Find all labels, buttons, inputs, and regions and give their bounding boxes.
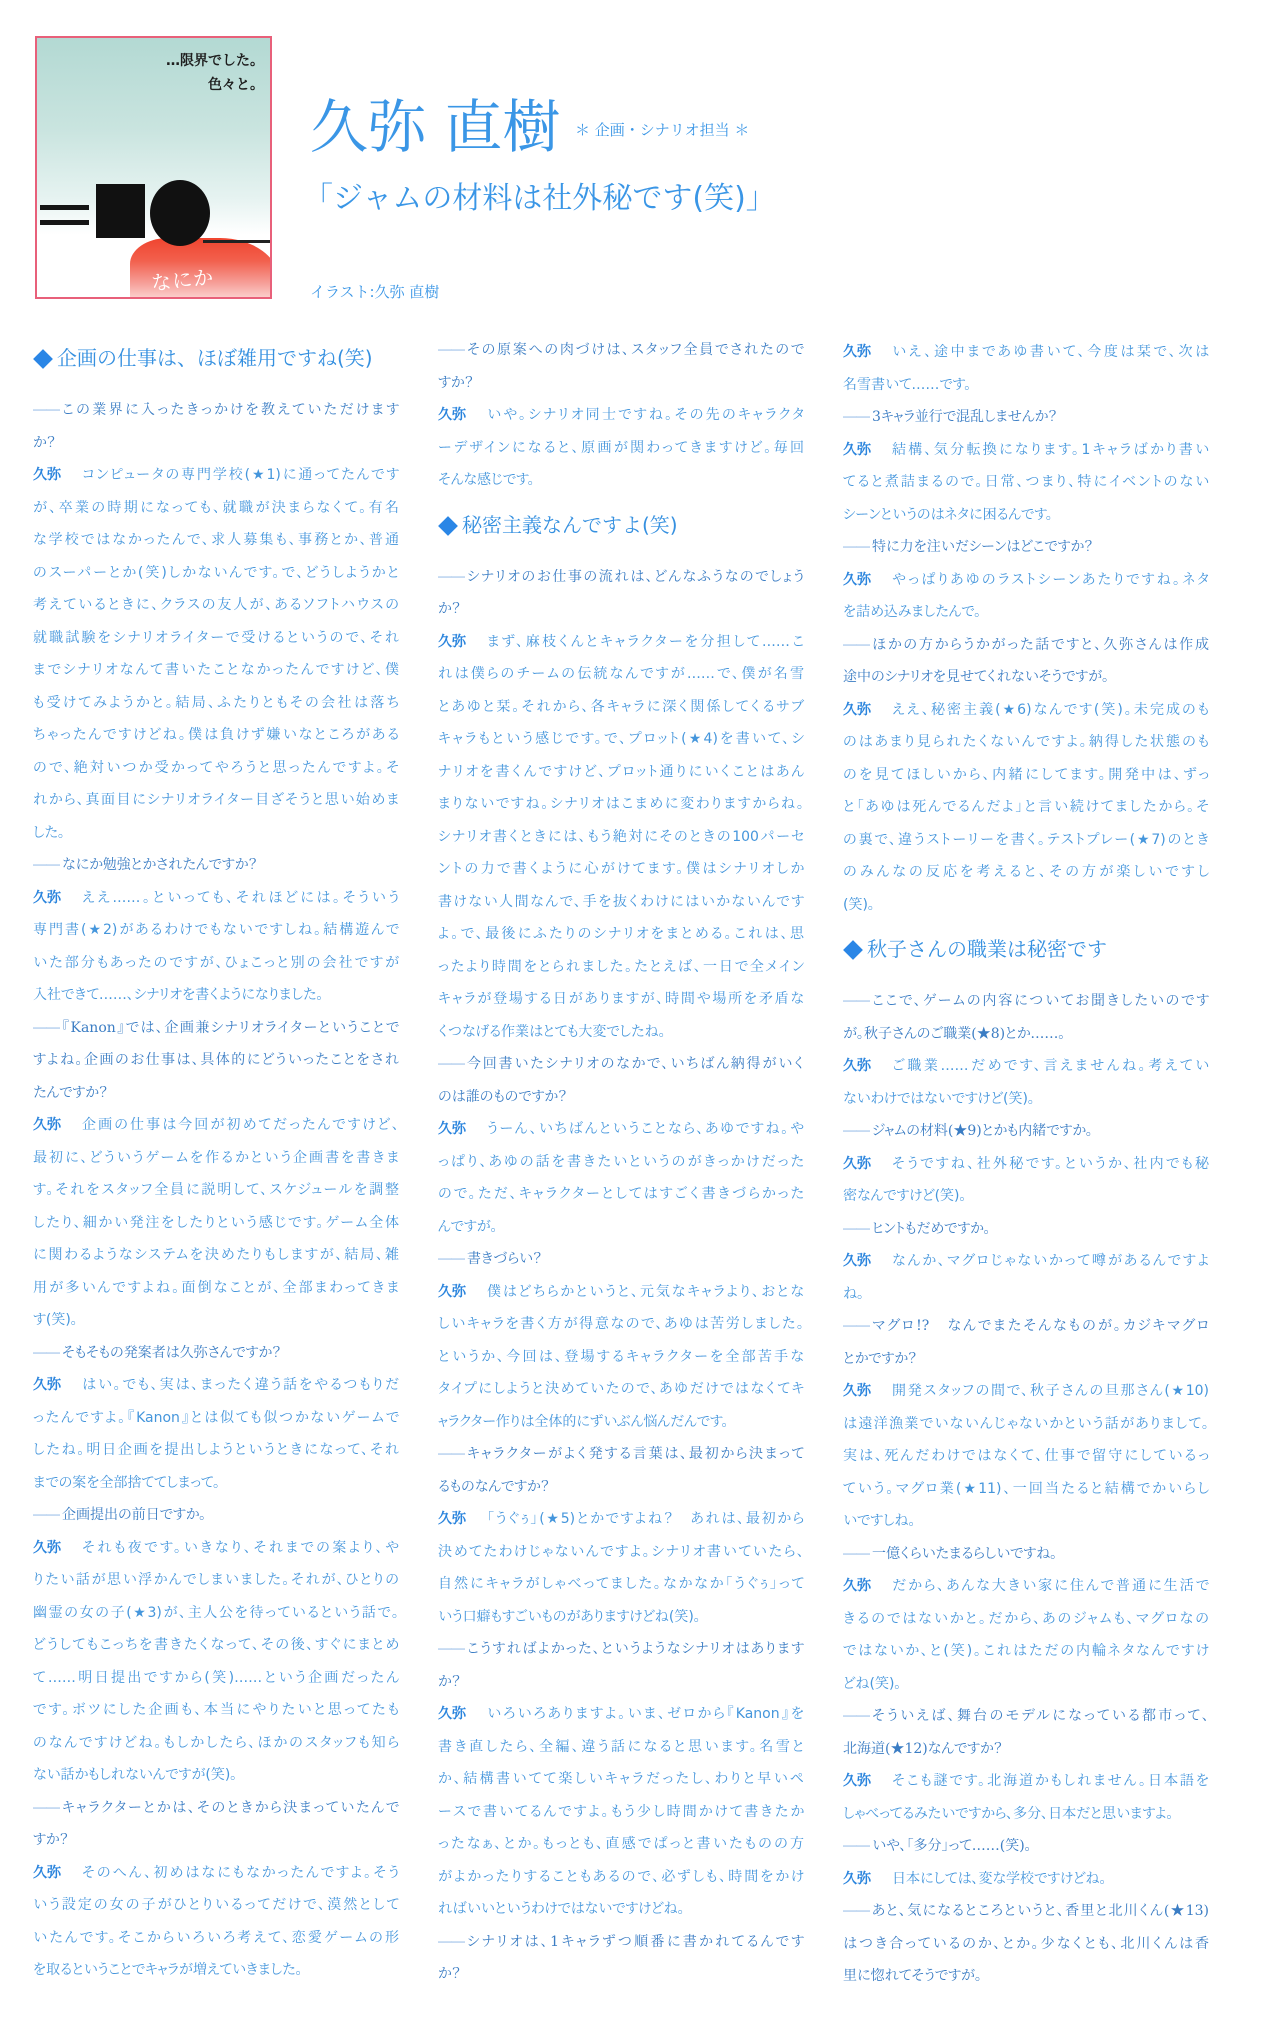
text-line: ればいいというわけではないですけどね。 bbox=[438, 1893, 804, 1926]
line-text: やっぱりあゆのラストシーンあたりですね。ネタ bbox=[892, 564, 1209, 597]
interviewer-question: ――ここで、ゲームの内容についてお聞きしたいのですが。秋子さんのご職業(★8)と… bbox=[843, 985, 1209, 1050]
text-line: 最初に、どういうゲームを作るかという企画書を書きま bbox=[33, 1142, 399, 1175]
illustration-caption-line-2: 色々と。 bbox=[208, 76, 264, 94]
line-text: て……明日提出ですから(笑)……という企画だったん bbox=[33, 1662, 399, 1695]
text-line: ない話かもしれないんですが(笑)。 bbox=[33, 1759, 399, 1792]
speaker-name: 久弥 bbox=[843, 1863, 871, 1896]
question-dash: ―― bbox=[33, 394, 62, 427]
text-line: 久弥いろいろありますよ。いま、ゼロから『Kanon』を bbox=[438, 1698, 804, 1731]
line-text: ントの力で書くように心がけてます。僕はシナリオしか bbox=[438, 853, 804, 886]
line-text: 考えているときに、クラスの友人が、あるソフトハウスの bbox=[33, 589, 399, 622]
text-line: 考えているときに、クラスの友人が、あるソフトハウスの bbox=[33, 589, 399, 622]
line-text: んですが。 bbox=[438, 1211, 804, 1244]
line-text: が。秋子さんのご職業(★8)とか……。 bbox=[843, 1018, 1209, 1051]
interviewee-answer: 久弥そうですね、社外秘です。というか、社内でも秘密なんですけど(笑)。 bbox=[843, 1148, 1209, 1213]
line-text: 結構、気分転換になります。1キャラばかり書い bbox=[892, 434, 1209, 467]
text-line: ――こうすればよかった、というようなシナリオはあります bbox=[438, 1633, 804, 1666]
text-line: 久弥「うぐぅ」(★5)とかですよね？ あれは、最初から bbox=[438, 1503, 804, 1536]
line-text: ね。 bbox=[843, 1278, 1209, 1311]
text-line: か、結構書いてて楽しいキャラだったし、わりと早いペ bbox=[438, 1763, 804, 1796]
illustration-caption-line-1: …限界でした。 bbox=[166, 52, 264, 70]
section-heading-text: 企画の仕事は、ほぼ雑用ですね(笑) bbox=[57, 346, 373, 370]
line-text: したり、細かい発注をしたりという感じです。ゲーム全体 bbox=[33, 1207, 399, 1240]
interviewer-question: ――こうすればよかった、というようなシナリオはありますか？ bbox=[438, 1633, 804, 1698]
line-text: どうしてもこっちを書きたくなって、その後、すぐにまとめ bbox=[33, 1629, 399, 1662]
text-line: が。秋子さんのご職業(★8)とか……。 bbox=[843, 1018, 1209, 1051]
line-text: いう設定の女の子がひとりいるってだけで、漠然として bbox=[33, 1889, 399, 1922]
interviewer-question: ――この業界に入ったきっかけを教えていただけますか？ bbox=[33, 394, 399, 459]
interviewer-question: ――企画提出の前日ですか。 bbox=[33, 1499, 399, 1532]
interviewee-answer: 久弥ええ……。といっても、それほどには。そういう専門書(★2)があるわけでもない… bbox=[33, 882, 399, 1012]
text-line: 久弥なんか、マグロじゃないかって噂があるんですよ bbox=[843, 1245, 1209, 1278]
text-line: が、卒業の時期になっても、就職が決まらなくて。有名 bbox=[33, 492, 399, 525]
text-line: んですが。 bbox=[438, 1211, 804, 1244]
interviewee-answer: 久弥コンピュータの専門学校(★1)に通ってたんですが、卒業の時期になっても、就職… bbox=[33, 459, 399, 849]
text-line: タイプにしようと決めていたので、あゆだけではなくてキ bbox=[438, 1373, 804, 1406]
text-line: した。 bbox=[33, 817, 399, 850]
question-dash: ―― bbox=[843, 1310, 872, 1343]
section-heading: 秋子さんの職業は秘密です bbox=[843, 921, 1209, 985]
line-text: 特に力を注いだシーンはどこですか？ bbox=[872, 531, 1209, 564]
line-text: そこも謎です。北海道かもしれません。日本語を bbox=[892, 1765, 1209, 1798]
line-text: ーデザインになると、原画が関わってきますけど。毎回 bbox=[438, 432, 804, 465]
text-line: す(笑)。 bbox=[33, 1304, 399, 1337]
text-line: ――ここで、ゲームの内容についてお聞きしたいのです bbox=[843, 985, 1209, 1018]
text-line: のなんですけどね。もしかしたら、ほかのスタッフも知ら bbox=[33, 1727, 399, 1760]
text-line: キャラが登場する日がありますが、時間や場所を矛盾な bbox=[438, 983, 804, 1016]
interviewee-answer: 久弥はい。でも、実は、まったく違う話をやるつもりだったんですよ。『Kanon』と… bbox=[33, 1369, 399, 1499]
line-text: ないわけではないですけど(笑)。 bbox=[843, 1083, 1209, 1116]
line-text: だから、あんな大きい家に住んで普通に生活で bbox=[892, 1570, 1209, 1603]
text-line: まりないですね。シナリオはこまめに変わりますからね。 bbox=[438, 788, 804, 821]
line-text: 3キャラ並行で混乱しませんか？ bbox=[872, 401, 1209, 434]
interviewee-answer: 久弥やっぱりあゆのラストシーンあたりですね。ネタを詰め込みましたんで。 bbox=[843, 564, 1209, 629]
text-line: というか、今回は、登場するキャラクターを全部苦手な bbox=[438, 1341, 804, 1374]
equals-bar-bottom-shape bbox=[40, 220, 89, 225]
section-heading-text: 秘密主義なんですよ(笑) bbox=[462, 513, 678, 537]
text-line: は遠洋漁業でいないんじゃないかという話がありまして。 bbox=[843, 1408, 1209, 1441]
line-text: す(笑)。 bbox=[33, 1304, 399, 1337]
text-line: よ。で、最後にふたりのシナリオをまとめる。これは、思 bbox=[438, 918, 804, 951]
text-line: 久弥それも夜です。いきなり、それまでの案より、や bbox=[33, 1532, 399, 1565]
text-line: に関わるようなシステムを決めたりもしますが、結局、雑 bbox=[33, 1239, 399, 1272]
line-text: ヒントもだめですか。 bbox=[872, 1213, 1209, 1246]
text-line: までの案を全部捨ててしまって。 bbox=[33, 1467, 399, 1500]
text-line: な学校ではなかったんで、求人募集も、事務とか、普通 bbox=[33, 524, 399, 557]
line-text: 僕はどちらかというと、元気なキャラより、おとな bbox=[487, 1276, 804, 1309]
line-text: そんな感じです。 bbox=[438, 464, 804, 497]
line-text: ースで書いてるんですよ。もう少し時間かけて書きたか bbox=[438, 1796, 804, 1829]
interviewer-question: ――シナリオのお仕事の流れは、どんなふうなのでしょうか？ bbox=[438, 561, 804, 626]
text-line: 自然にキャラがしゃべってました。なかなか「うぐぅ」って bbox=[438, 1568, 804, 1601]
line-text: ので、絶対いつか受かってやろうと思ったんですよ。そ bbox=[33, 752, 399, 785]
interviewer-question: ――ヒントもだめですか。 bbox=[843, 1213, 1209, 1246]
text-line: てると煮詰まるので。日常、つまり、特にイベントのない bbox=[843, 466, 1209, 499]
text-line: ャラクター作りは全体的にずいぶん悩んだんです。 bbox=[438, 1406, 804, 1439]
line-text: 名雪書いて……です。 bbox=[843, 369, 1209, 402]
line-text: のみんなの反応を考えると、その方が楽しいですし bbox=[843, 856, 1209, 889]
text-line: 途中のシナリオを見せてくれないそうですが。 bbox=[843, 661, 1209, 694]
text-line: いですしね。 bbox=[843, 1505, 1209, 1538]
text-line: れは僕らのチームの伝統なんですが……で、僕が名雪 bbox=[438, 658, 804, 691]
text-line: 久弥だから、あんな大きい家に住んで普通に生活で bbox=[843, 1570, 1209, 1603]
text-line: か？ bbox=[438, 1666, 804, 1699]
text-line: ――シナリオのお仕事の流れは、どんなふうなのでしょう bbox=[438, 561, 804, 594]
speaker-name: 久弥 bbox=[843, 1245, 871, 1278]
interviewee-answer: 久弥僕はどちらかというと、元気なキャラより、おとなしいキャラを書く方が得意なので… bbox=[438, 1276, 804, 1439]
line-text: 密なんですけど(笑)。 bbox=[843, 1180, 1209, 1213]
line-text: キャラクターがよく発する言葉は、最初から決まって bbox=[467, 1438, 804, 1471]
speaker-name: 久弥 bbox=[843, 1375, 871, 1408]
line-text: こうすればよかった、というようなシナリオはあります bbox=[467, 1633, 804, 1666]
text-line: 久弥日本にしては、変な学校ですけどね。 bbox=[843, 1863, 1209, 1896]
text-line: 久弥そのへん、初めはなにもなかったんですよ。そう bbox=[33, 1857, 399, 1890]
line-text: のはあまり見られたくないんですよ。納得した状態のも bbox=[843, 726, 1209, 759]
speaker-name: 久弥 bbox=[438, 626, 466, 659]
text-line: 久弥まず、麻枝くんとキャラクターを分担して……こ bbox=[438, 626, 804, 659]
text-line: ちゃったんですけどね。僕は負けず嫌いなところがある bbox=[33, 719, 399, 752]
text-line: したり、細かい発注をしたりという感じです。ゲーム全体 bbox=[33, 1207, 399, 1240]
interviewee-answer: 久弥ご職業……だめです、言えませんね。考えていないわけではないですけど(笑)。 bbox=[843, 1050, 1209, 1115]
text-line: 久弥結構、気分転換になります。1キャラばかり書い bbox=[843, 434, 1209, 467]
question-dash: ―― bbox=[843, 531, 872, 564]
interviewee-answer: 久弥だから、あんな大きい家に住んで普通に生活できるのではないかと。だから、あのジ… bbox=[843, 1570, 1209, 1700]
black-line-shape bbox=[203, 240, 272, 243]
text-line: 久弥コンピュータの専門学校(★1)に通ってたんです bbox=[33, 459, 399, 492]
diamond-icon bbox=[438, 516, 458, 536]
question-dash: ―― bbox=[438, 1048, 467, 1081]
text-line: を取るということでキャラが増えていきました。 bbox=[33, 1954, 399, 1987]
text-line: どうしてもこっちを書きたくなって、その後、すぐにまとめ bbox=[33, 1629, 399, 1662]
interviewee-answer: 久弥日本にしては、変な学校ですけどね。 bbox=[843, 1863, 1209, 1896]
line-text: きるのではないかと。だから、あのジャムも、マグロなの bbox=[843, 1603, 1209, 1636]
text-line: 久弥ええ、秘密主義(★6)なんです(笑)。未完成のも bbox=[843, 694, 1209, 727]
text-line: ったなぁ、とか。もっとも、直感でぱっと書いたものの方 bbox=[438, 1828, 804, 1861]
line-text: ほかの方からうかがった話ですと、久弥さんは作成 bbox=[872, 629, 1209, 662]
question-dash: ―― bbox=[33, 1792, 62, 1825]
interviewee-answer: 久弥それも夜です。いきなり、それまでの案より、やりたい話が思い浮かんでしまいまし… bbox=[33, 1532, 399, 1792]
line-text: も受けてみようかと。結局、ふたりともその会社は落ち bbox=[33, 687, 399, 720]
line-text: 企画提出の前日ですか。 bbox=[62, 1499, 399, 1532]
text-line: か？ bbox=[438, 1958, 804, 1991]
text-line: 密なんですけど(笑)。 bbox=[843, 1180, 1209, 1213]
line-text: ャラクター作りは全体的にずいぶん悩んだんです。 bbox=[438, 1406, 804, 1439]
line-text: 就職試験をシナリオライターで受けるというので、それ bbox=[33, 622, 399, 655]
text-line: ――3キャラ並行で混乱しませんか？ bbox=[843, 401, 1209, 434]
text-line: シナリオ書くときには、もう絶対にそのときの100パーセ bbox=[438, 821, 804, 854]
text-line: (笑)。 bbox=[843, 889, 1209, 922]
interviewee-answer: 久弥まず、麻枝くんとキャラクターを分担して……これは僕らのチームの伝統なんですが… bbox=[438, 626, 804, 1049]
line-text: キャラクターとかは、そのときから決まっていたんで bbox=[62, 1792, 399, 1825]
question-dash: ―― bbox=[843, 985, 872, 1018]
interviewer-question: ――キャラクターとかは、そのときから決まっていたんですか？ bbox=[33, 1792, 399, 1857]
text-line: 久弥ご職業……だめです、言えませんね。考えてい bbox=[843, 1050, 1209, 1083]
line-text: 日本にしては、変な学校ですけどね。 bbox=[892, 1863, 1209, 1896]
line-text: 今回書いたシナリオのなかで、いちばん納得がいく bbox=[467, 1048, 804, 1081]
line-text: そもそもの発案者は久弥さんですか？ bbox=[62, 1337, 399, 1370]
speaker-name: 久弥 bbox=[33, 1532, 61, 1565]
interviewer-question: ――3キャラ並行で混乱しませんか？ bbox=[843, 401, 1209, 434]
text-line: ――なにか勉強とかされたんですか？ bbox=[33, 849, 399, 882]
question-dash: ―― bbox=[843, 1700, 872, 1733]
interviewee-answer: 久弥いろいろありますよ。いま、ゼロから『Kanon』を書き直したら、全編、違う話… bbox=[438, 1698, 804, 1926]
line-text: 入社できて……、シナリオを書くようになりました。 bbox=[33, 979, 399, 1012]
text-line: 名雪書いて……です。 bbox=[843, 369, 1209, 402]
line-text: るものなんですか？ bbox=[438, 1471, 804, 1504]
text-line: とかですか？ bbox=[843, 1343, 1209, 1376]
text-line: しゃべってるみたいですから、多分、日本だと思いますよ。 bbox=[843, 1798, 1209, 1831]
line-text: はつき合っているのか、とか。少なくとも、北川くんは香 bbox=[843, 1928, 1209, 1961]
speaker-name: 久弥 bbox=[843, 1050, 871, 1083]
text-line: のみんなの反応を考えると、その方が楽しいですし bbox=[843, 856, 1209, 889]
question-dash: ―― bbox=[843, 1830, 872, 1863]
interviewee-name: 久弥 直樹 bbox=[310, 92, 560, 162]
line-text: ええ……。といっても、それほどには。そういう bbox=[82, 882, 399, 915]
text-line: しいキャラを書く方が得意なので、あゆは苦労しました。 bbox=[438, 1308, 804, 1341]
question-dash: ―― bbox=[33, 1012, 62, 1045]
speaker-name: 久弥 bbox=[843, 1148, 871, 1181]
line-text: ので。ただ、キャラクターとしてはすごく書きづらかった bbox=[438, 1178, 804, 1211]
text-line: の裏で、違うストーリーを書く。テストプレー(★7)のとき bbox=[843, 824, 1209, 857]
text-line: ではないか、と(笑)。これはただの内輪ネタなんですけ bbox=[843, 1635, 1209, 1668]
line-text: ない話かもしれないんですが(笑)。 bbox=[33, 1759, 399, 1792]
line-text: 「うぐぅ」(★5)とかですよね？ あれは、最初から bbox=[487, 1503, 804, 1536]
text-line: ないわけではないですけど(笑)。 bbox=[843, 1083, 1209, 1116]
text-line: りたい話が思い浮かんでしまいました。それが、ひとりの bbox=[33, 1564, 399, 1597]
line-text: くつなげる作業はとても大変でしたね。 bbox=[438, 1016, 804, 1049]
section-heading-text: 秋子さんの職業は秘密です bbox=[867, 937, 1107, 961]
line-text: すか？ bbox=[438, 367, 804, 400]
line-text: れは僕らのチームの伝統なんですが……で、僕が名雪 bbox=[438, 658, 804, 691]
line-text: ええ、秘密主義(★6)なんです(笑)。未完成のも bbox=[892, 694, 1209, 727]
line-text: 企画の仕事は今回が初めてだったんですけど、 bbox=[82, 1109, 399, 1142]
text-line: れから、真面目にシナリオライター目ざそうと思い始めま bbox=[33, 784, 399, 817]
speaker-name: 久弥 bbox=[438, 1698, 466, 1731]
line-text: この業界に入ったきっかけを教えていただけます bbox=[62, 394, 399, 427]
line-text: シナリオ書くときには、もう絶対にそのときの100パーセ bbox=[438, 821, 804, 854]
interviewer-question: ――シナリオは、1キャラずつ順番に書かれてるんですか？ bbox=[438, 1926, 804, 1991]
line-text: を詰め込みましたんで。 bbox=[843, 596, 1209, 629]
line-text: りたい話が思い浮かんでしまいました。それが、ひとりの bbox=[33, 1564, 399, 1597]
line-text: 書きづらい？ bbox=[467, 1243, 804, 1276]
line-text: す。それをスタッフ全員に説明して、スケジュールを調整 bbox=[33, 1174, 399, 1207]
line-text: か？ bbox=[438, 1958, 804, 1991]
line-text: ったより時間をとられました。たとえば、一日で全メイン bbox=[438, 951, 804, 984]
line-text: いですしね。 bbox=[843, 1505, 1209, 1538]
text-line: です。ボツにした企画も、本当にやりたいと思ってたも bbox=[33, 1694, 399, 1727]
text-line: ――特に力を注いだシーンはどこですか？ bbox=[843, 531, 1209, 564]
line-text: ていう。マグロ業(★11)、一回当たると結構でかいらし bbox=[843, 1473, 1209, 1506]
text-line: ――企画提出の前日ですか。 bbox=[33, 1499, 399, 1532]
text-line: ――ジャムの材料(★9)とかも内緒ですか。 bbox=[843, 1115, 1209, 1148]
text-line: そんな感じです。 bbox=[438, 464, 804, 497]
text-line: ていう。マグロ業(★11)、一回当たると結構でかいらし bbox=[843, 1473, 1209, 1506]
question-dash: ―― bbox=[843, 629, 872, 662]
text-line: ――シナリオは、1キャラずつ順番に書かれてるんです bbox=[438, 1926, 804, 1959]
text-line: のスーパーとか(笑)しかないんです。で、どうしようかと bbox=[33, 557, 399, 590]
line-text: か、結構書いてて楽しいキャラだったし、わりと早いペ bbox=[438, 1763, 804, 1796]
interviewee-answer: 久弥結構、気分転換になります。1キャラばかり書いてると煮詰まるので。日常、つまり… bbox=[843, 434, 1209, 532]
question-dash: ―― bbox=[438, 561, 467, 594]
line-text: シーンというのはネタに困るんです。 bbox=[843, 499, 1209, 532]
text-line: たんですか？ bbox=[33, 1077, 399, 1110]
interviewee-answer: 久弥いや。シナリオ同士ですね。その先のキャラクターデザインになると、原画が関わっ… bbox=[438, 399, 804, 497]
line-text: です。ボツにした企画も、本当にやりたいと思ってたも bbox=[33, 1694, 399, 1727]
line-text: あと、気になるところというと、香里と北川くん(★13) bbox=[872, 1895, 1209, 1928]
line-text: 実は、死んだわけではなくて、仕事で留守にしているっ bbox=[843, 1440, 1209, 1473]
line-text: いや、「多分」って……(笑)。 bbox=[872, 1830, 1209, 1863]
text-line: 用が多いんですよね。面倒なことが、全部まわってきま bbox=[33, 1272, 399, 1305]
black-square-shape bbox=[96, 184, 145, 238]
line-text: すよね。企画のお仕事は、具体的にどういったことをされ bbox=[33, 1044, 399, 1077]
interviewee-answer: 久弥そこも謎です。北海道かもしれません。日本語をしゃべってるみたいですから、多分… bbox=[843, 1765, 1209, 1830]
line-text: キャラもという感じです。で、プロット(★4)を書いて、シ bbox=[438, 723, 804, 756]
text-line: 久弥企画の仕事は今回が初めてだったんですけど、 bbox=[33, 1109, 399, 1142]
question-dash: ―― bbox=[843, 1895, 872, 1928]
line-text: いや。シナリオ同士ですね。その先のキャラクタ bbox=[487, 399, 804, 432]
line-text: いう口癖もすごいものがありますけどね(笑)。 bbox=[438, 1601, 804, 1634]
text-line: ので。ただ、キャラクターとしてはすごく書きづらかった bbox=[438, 1178, 804, 1211]
line-text: がよかったりすることもあるので、必ずしも、時間をかけ bbox=[438, 1861, 804, 1894]
interviewee-answer: 久弥いえ、途中まであゆ書いて、今度は栞で、次は名雪書いて……です。 bbox=[843, 336, 1209, 401]
line-text: てると煮詰まるので。日常、つまり、特にイベントのない bbox=[843, 466, 1209, 499]
line-text: そのへん、初めはなにもなかったんですよ。そう bbox=[82, 1857, 399, 1890]
line-text: そういえば、舞台のモデルになっている都市って、 bbox=[872, 1700, 1209, 1733]
line-text: ではないか、と(笑)。これはただの内輪ネタなんですけ bbox=[843, 1635, 1209, 1668]
line-text: 幽霊の女の子(★3)が、主人公を待っているという話で。 bbox=[33, 1597, 399, 1630]
interviewer-question: ――マグロ!? なんでまたそんなものが。カジキマグロとかですか？ bbox=[843, 1310, 1209, 1375]
text-line: ――『Kanon』では、企画兼シナリオライターということで bbox=[33, 1012, 399, 1045]
line-text: というか、今回は、登場するキャラクターを全部苦手な bbox=[438, 1341, 804, 1374]
question-dash: ―― bbox=[33, 1337, 62, 1370]
interviewer-question: ――ほかの方からうかがった話ですと、久弥さんは作成途中のシナリオを見せてくれない… bbox=[843, 629, 1209, 694]
line-text: 北海道(★12)なんですか？ bbox=[843, 1733, 1209, 1766]
text-line: 久弥うーん、いちばんということなら、あゆですね。や bbox=[438, 1113, 804, 1146]
interviewee-answer: 久弥ええ、秘密主義(★6)なんです(笑)。未完成のものはあまり見られたくないんで… bbox=[843, 694, 1209, 922]
text-line: ナリオを書くんですけど、プロット通りにいくことはあん bbox=[438, 756, 804, 789]
text-line: すか？ bbox=[438, 367, 804, 400]
text-line: 決めてたわけじゃないんですよ。シナリオ書いていたら、 bbox=[438, 1536, 804, 1569]
interviewer-question: ――そもそもの発案者は久弥さんですか？ bbox=[33, 1337, 399, 1370]
speaker-name: 久弥 bbox=[33, 882, 61, 915]
line-text: か？ bbox=[438, 593, 804, 626]
text-line: のはあまり見られたくないんですよ。納得した状態のも bbox=[843, 726, 1209, 759]
line-text: を取るということでキャラが増えていきました。 bbox=[33, 1954, 399, 1987]
line-text: しいキャラを書く方が得意なので、あゆは苦労しました。 bbox=[438, 1308, 804, 1341]
text-line: 就職試験をシナリオライターで受けるというので、それ bbox=[33, 622, 399, 655]
interview-column-1: 企画の仕事は、ほぼ雑用ですね(笑)――この業界に入ったきっかけを教えていただけま… bbox=[33, 330, 399, 1987]
speaker-name: 久弥 bbox=[33, 1109, 61, 1142]
interviewee-answer: 久弥「うぐぅ」(★5)とかですよね？ あれは、最初から決めてたわけじゃないんです… bbox=[438, 1503, 804, 1633]
question-dash: ―― bbox=[843, 1538, 872, 1571]
section-heading: 秘密主義なんですよ(笑) bbox=[438, 497, 804, 561]
interviewer-question: ――そういえば、舞台のモデルになっている都市って、北海道(★12)なんですか？ bbox=[843, 1700, 1209, 1765]
interviewer-question: ――あと、気になるところというと、香里と北川くん(★13)はつき合っているのか、… bbox=[843, 1895, 1209, 1993]
speaker-name: 久弥 bbox=[843, 1570, 871, 1603]
speaker-name: 久弥 bbox=[33, 1369, 61, 1402]
text-line: いう口癖もすごいものがありますけどね(笑)。 bbox=[438, 1601, 804, 1634]
line-text: マグロ!? なんでまたそんなものが。カジキマグロ bbox=[872, 1310, 1209, 1343]
text-line: 里に惚れてそうですが。 bbox=[843, 1960, 1209, 1993]
text-line: 入社できて……、シナリオを書くようになりました。 bbox=[33, 979, 399, 1012]
line-text: タイプにしようと決めていたので、あゆだけではなくてキ bbox=[438, 1373, 804, 1406]
text-line: ――今回書いたシナリオのなかで、いちばん納得がいく bbox=[438, 1048, 804, 1081]
line-text: のなんですけどね。もしかしたら、ほかのスタッフも知ら bbox=[33, 1727, 399, 1760]
text-line: ――そもそもの発案者は久弥さんですか？ bbox=[33, 1337, 399, 1370]
line-text: ここで、ゲームの内容についてお聞きしたいのです bbox=[872, 985, 1209, 1018]
section-heading: 企画の仕事は、ほぼ雑用ですね(笑) bbox=[33, 330, 399, 394]
text-line: ――ヒントもだめですか。 bbox=[843, 1213, 1209, 1246]
interviewer-question: ――ジャムの材料(★9)とかも内緒ですか。 bbox=[843, 1115, 1209, 1148]
text-line: 久弥やっぱりあゆのラストシーンあたりですね。ネタ bbox=[843, 564, 1209, 597]
text-line: ったより時間をとられました。たとえば、一日で全メイン bbox=[438, 951, 804, 984]
line-text: したね。明日企画を提出しようというときになって、それ bbox=[33, 1434, 399, 1467]
line-text: いたんです。そこからいろいろ考えて、恋愛ゲームの形 bbox=[33, 1922, 399, 1955]
interviewee-answer: 久弥そのへん、初めはなにもなかったんですよ。そういう設定の女の子がひとりいるって… bbox=[33, 1857, 399, 1987]
text-line: ントの力で書くように心がけてます。僕はシナリオしか bbox=[438, 853, 804, 886]
text-line: ――その原案への肉づけは、スタッフ全員でされたので bbox=[438, 334, 804, 367]
interview-column-2: ――その原案への肉づけは、スタッフ全員でされたのですか？久弥いや。シナリオ同士で… bbox=[438, 334, 804, 1991]
text-line: と「あゆは死んでるんだよ」と言い続けてましたから。そ bbox=[843, 791, 1209, 824]
line-text: すか？ bbox=[33, 1824, 399, 1857]
line-text: なんか、マグロじゃないかって噂があるんですよ bbox=[892, 1245, 1209, 1278]
line-text: か？ bbox=[438, 1666, 804, 1699]
interviewee-answer: 久弥開発スタッフの間で、秋子さんの旦那さん(★10)は遠洋漁業でいないんじゃない… bbox=[843, 1375, 1209, 1538]
text-line: ――あと、気になるところというと、香里と北川くん(★13) bbox=[843, 1895, 1209, 1928]
text-line: ――書きづらい？ bbox=[438, 1243, 804, 1276]
text-line: 久弥そこも謎です。北海道かもしれません。日本語を bbox=[843, 1765, 1209, 1798]
text-line: ――キャラクターがよく発する言葉は、最初から決まって bbox=[438, 1438, 804, 1471]
interviewer-question: ――特に力を注いだシーンはどこですか？ bbox=[843, 531, 1209, 564]
interviewee-answer: 久弥うーん、いちばんということなら、あゆですね。やっぱり、あゆの話を書きたいとい… bbox=[438, 1113, 804, 1243]
line-text: 用が多いんですよね。面倒なことが、全部まわってきま bbox=[33, 1272, 399, 1305]
speaker-name: 久弥 bbox=[438, 1503, 466, 1536]
line-text: ご職業……だめです、言えませんね。考えてい bbox=[892, 1050, 1209, 1083]
line-text: 書けない人間なんで、手を抜くわけにはいかないんです bbox=[438, 886, 804, 919]
text-line: ――マグロ!? なんでまたそんなものが。カジキマグロ bbox=[843, 1310, 1209, 1343]
speaker-name: 久弥 bbox=[438, 1113, 466, 1146]
line-text: のを見てほしいから、内緒にしてます。開発中は、ずっ bbox=[843, 759, 1209, 792]
line-text: までの案を全部捨ててしまって。 bbox=[33, 1467, 399, 1500]
interviewee-answer: 久弥企画の仕事は今回が初めてだったんですけど、最初に、どういうゲームを作るかとい… bbox=[33, 1109, 399, 1337]
line-text: どね(笑)。 bbox=[843, 1668, 1209, 1701]
line-text: のスーパーとか(笑)しかないんです。で、どうしようかと bbox=[33, 557, 399, 590]
text-line: ――ほかの方からうかがった話ですと、久弥さんは作成 bbox=[843, 629, 1209, 662]
diamond-icon bbox=[843, 940, 863, 960]
line-text: それも夜です。いきなり、それまでの案より、や bbox=[82, 1532, 399, 1565]
text-line: のを見てほしいから、内緒にしてます。開発中は、ずっ bbox=[843, 759, 1209, 792]
line-text: 決めてたわけじゃないんですよ。シナリオ書いていたら、 bbox=[438, 1536, 804, 1569]
line-text: はい。でも、実は、まったく違う話をやるつもりだ bbox=[82, 1369, 399, 1402]
line-text: 書き直したら、全編、違う話になると思います。名雪と bbox=[438, 1731, 804, 1764]
text-line: ――そういえば、舞台のモデルになっている都市って、 bbox=[843, 1700, 1209, 1733]
speaker-name: 久弥 bbox=[438, 1276, 466, 1309]
text-line: すか？ bbox=[33, 1824, 399, 1857]
text-line: 実は、死んだわけではなくて、仕事で留守にしているっ bbox=[843, 1440, 1209, 1473]
line-text: ったんですよ。『Kanon』とは似ても似つかないゲームで bbox=[33, 1402, 399, 1435]
line-text: ちゃったんですけどね。僕は負けず嫌いなところがある bbox=[33, 719, 399, 752]
line-text: その原案への肉づけは、スタッフ全員でされたので bbox=[467, 334, 804, 367]
text-line: 久弥ええ……。といっても、それほどには。そういう bbox=[33, 882, 399, 915]
text-line: 久弥いや。シナリオ同士ですね。その先のキャラクタ bbox=[438, 399, 804, 432]
text-line: 久弥はい。でも、実は、まったく違う話をやるつもりだ bbox=[33, 1369, 399, 1402]
text-line: いう設定の女の子がひとりいるってだけで、漠然として bbox=[33, 1889, 399, 1922]
line-text: 途中のシナリオを見せてくれないそうですが。 bbox=[843, 661, 1209, 694]
question-dash: ―― bbox=[438, 1926, 467, 1959]
text-line: くつなげる作業はとても大変でしたね。 bbox=[438, 1016, 804, 1049]
text-line: ったんですよ。『Kanon』とは似ても似つかないゲームで bbox=[33, 1402, 399, 1435]
line-text: に関わるようなシステムを決めたりもしますが、結局、雑 bbox=[33, 1239, 399, 1272]
